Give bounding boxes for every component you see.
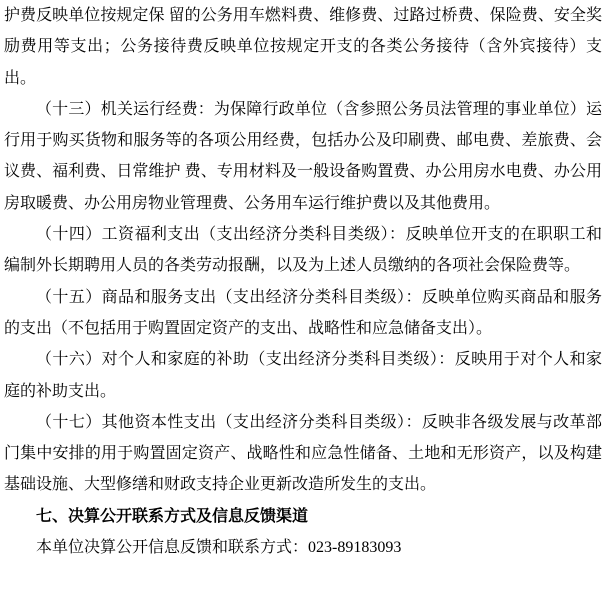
paragraph-item-13-agency-operating-funds: （十三）机关运行经费：为保障行政单位（含参照公务员法管理的事业单位）运行用于购买… (4, 94, 602, 219)
contact-line: 本单位决算公开信息反馈和联系方式：023-89183093 (4, 532, 602, 563)
section-heading-contact-feedback: 七、决算公开联系方式及信息反馈渠道 (4, 501, 602, 532)
document-page: 护费反映单位按规定保 留的公务用车燃料费、维修费、过路过桥费、保险费、安全奖励费… (0, 0, 606, 599)
contact-phone: 023-89183093 (308, 539, 401, 556)
document-body: 护费反映单位按规定保 留的公务用车燃料费、维修费、过路过桥费、保险费、安全奖励费… (4, 0, 602, 563)
paragraph-item-17-other-capital-expenditure: （十七）其他资本性支出（支出经济分类科目类级）：反映非各级发展与改革部门集中安排… (4, 407, 602, 501)
contact-label: 本单位决算公开信息反馈和联系方式： (36, 539, 308, 556)
paragraph-continuation-vehicle-reception-expense: 护费反映单位按规定保 留的公务用车燃料费、维修费、过路过桥费、保险费、安全奖励费… (4, 0, 602, 94)
paragraph-item-14-salary-welfare-expenditure: （十四）工资福利支出（支出经济分类科目类级）：反映单位开支的在职职工和编制外长期… (4, 219, 602, 282)
paragraph-item-16-subsidies-individuals-families: （十六）对个人和家庭的补助（支出经济分类科目类级）：反映用于对个人和家庭的补助支… (4, 344, 602, 407)
paragraph-item-15-goods-services-expenditure: （十五）商品和服务支出（支出经济分类科目类级）：反映单位购买商品和服务的支出（不… (4, 282, 602, 345)
